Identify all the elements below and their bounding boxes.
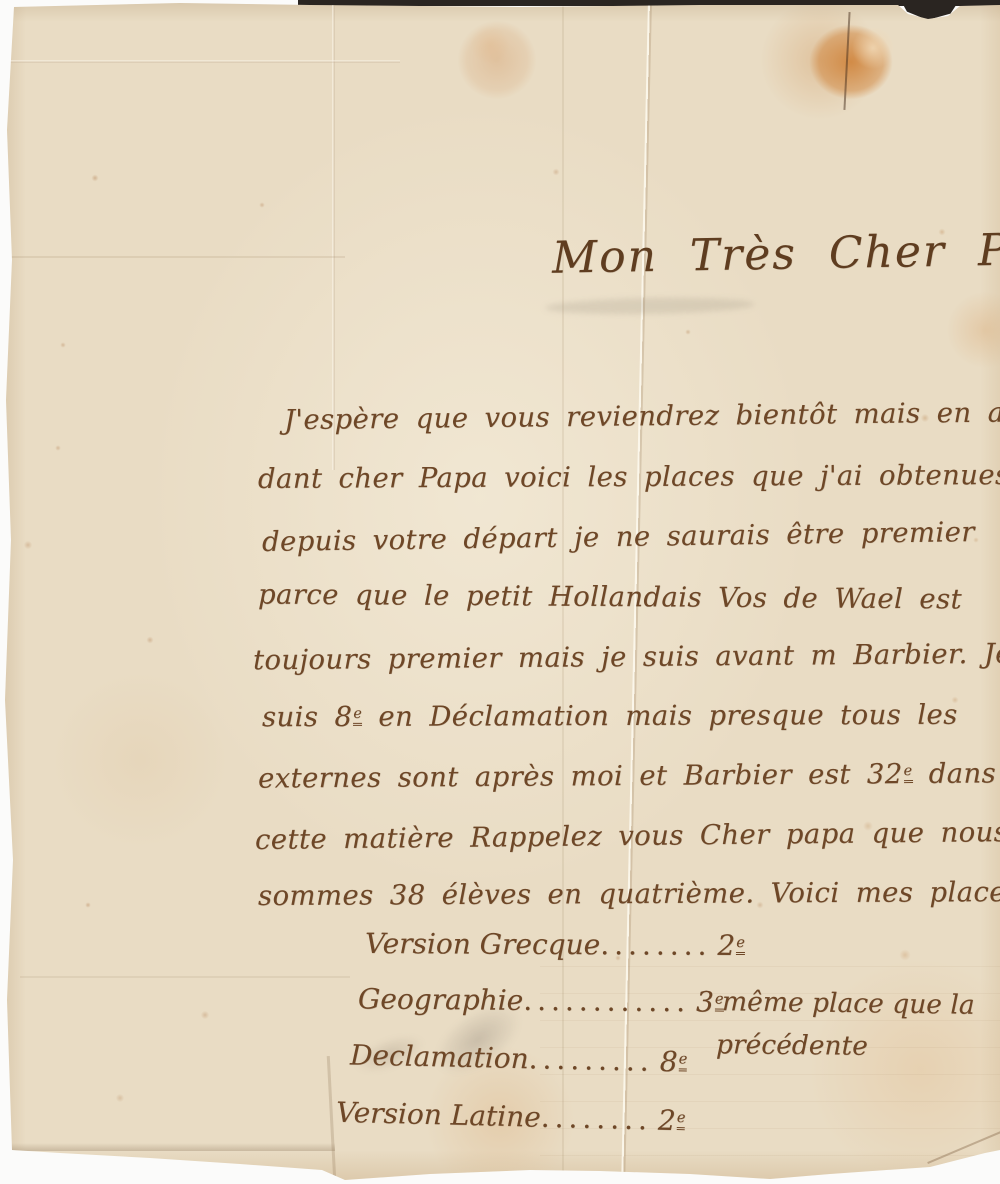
grade-dots: ......... <box>528 1042 654 1078</box>
grade-row: Version Grecque........2e <box>365 927 745 962</box>
body-line-text: dant cher Papa voici les places que j'ai… <box>258 459 1000 495</box>
body-line: depuis votre départ je ne saurais être p… <box>262 516 975 558</box>
bottom-left-fold-shadow <box>10 1143 335 1151</box>
fold-crease-horizontal-top <box>0 60 400 63</box>
body-line: parce que le petit Hollandais Vos de Wae… <box>258 579 962 616</box>
grade-rank: 2 <box>658 1104 677 1137</box>
wax-seal-crack <box>843 12 850 110</box>
grade-rank: 8 <box>659 1045 678 1078</box>
grade-rank: 3 <box>696 985 714 1018</box>
body-line: toujours premier mais je suis avant m Ba… <box>253 638 1000 677</box>
grade-dots: ........ <box>540 1101 652 1137</box>
scanned-letter-page: Mon Très Cher Papa J'espère que vous rev… <box>0 0 1000 1184</box>
body-line-text: toujours premier mais je suis avant m Ba… <box>253 638 1000 677</box>
grade-rank-superscript: e <box>677 1109 686 1130</box>
grade-row: Declamation.........8e <box>350 1038 688 1078</box>
grade-row: Geographie............3e <box>358 982 724 1018</box>
grade-rank-superscript: e <box>678 1050 687 1071</box>
body-line-text: suis 8 <box>262 701 352 733</box>
grade-note-line1: même place que la <box>722 986 975 1021</box>
body-line-text: J'espère que vous reviendrez bientôt mai… <box>284 396 1000 436</box>
body-line: sommes 38 élèves en quatrième. Voici mes… <box>258 876 1000 912</box>
body-line-text: depuis votre départ je ne saurais être p… <box>262 516 975 558</box>
body-line-text: parce que le petit Hollandais Vos de Wae… <box>258 579 962 616</box>
grade-rank: 2 <box>717 929 735 962</box>
grade-rank-superscript: e <box>736 934 745 955</box>
paper-sheet: Mon Très Cher Papa J'espère que vous rev… <box>0 0 1000 1184</box>
grade-subject: Declamation <box>350 1038 529 1075</box>
body-line-text: sommes 38 élèves en quatrième. Voici mes… <box>258 876 1000 912</box>
ink-show-through-smudge <box>545 296 755 316</box>
grade-dots: ............ <box>523 984 690 1018</box>
body-line-text: externes sont après moi et Barbier est 3… <box>258 758 903 794</box>
body-line: dant cher Papa voici les places que j'ai… <box>258 459 1000 495</box>
body-line-text: en Déclamation mais presque tous les <box>362 699 958 733</box>
body-line: J'espère que vous reviendrez bientôt mai… <box>284 396 1000 436</box>
grade-dots: ........ <box>600 928 711 962</box>
fold-crease-horizontal-upper <box>0 256 345 258</box>
body-line: suis 8e en Déclamation mais presque tous… <box>262 699 958 733</box>
body-line-text: cette matière Rappelez vous Cher papa qu… <box>255 816 1000 856</box>
rank-superscript: e <box>904 763 913 783</box>
fold-crease-horizontal-lower <box>20 976 350 978</box>
salutation: Mon Très Cher Papa <box>552 223 1000 283</box>
rank-superscript: e <box>353 706 362 726</box>
fold-crease-vertical-left <box>332 0 335 470</box>
body-line: externes sont après moi et Barbier est 3… <box>258 757 996 794</box>
body-line: cette matière Rappelez vous Cher papa qu… <box>255 816 1000 856</box>
body-line-text: dans <box>912 757 996 790</box>
grade-subject: Geographie <box>358 982 524 1016</box>
grade-subject: Version Grecque <box>365 927 600 961</box>
bottom-left-fold-edge <box>327 1056 336 1180</box>
grade-subject: Version Latine <box>336 1096 542 1134</box>
grade-note-line2: précédente <box>716 1029 868 1062</box>
